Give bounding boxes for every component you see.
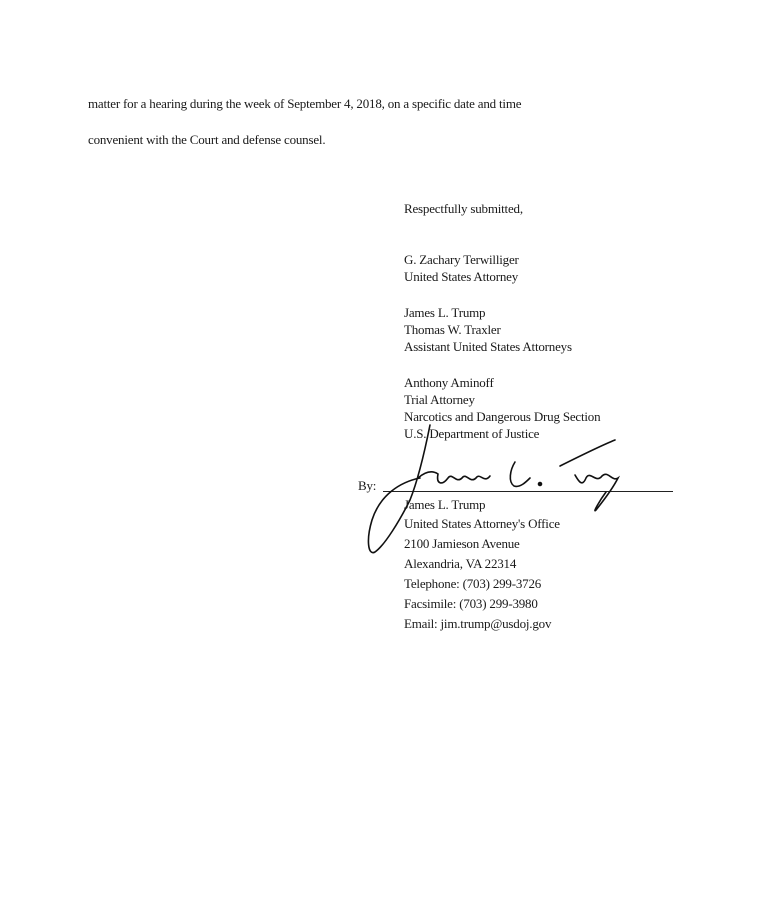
signer-title: United States Attorney [404,269,518,285]
body-text-line-1: matter for a hearing during the week of … [88,96,521,112]
signer-title: Assistant United States Attorneys [404,339,572,355]
sig-name: James L. Trump [404,497,485,513]
sig-address-2: Alexandria, VA 22314 [404,556,516,572]
sig-facsimile: Facsimile: (703) 299-3980 [404,596,538,612]
sig-office: United States Attorney's Office [404,516,560,532]
signer-section: Narcotics and Dangerous Drug Section [404,409,600,425]
closing: Respectfully submitted, [404,201,523,217]
by-label: By: [358,478,376,494]
signer-name-2: Thomas W. Traxler [404,322,501,338]
body-text-line-2: convenient with the Court and defense co… [88,132,325,148]
signer-name: James L. Trump [404,305,485,321]
signer-name: Anthony Aminoff [404,375,494,391]
sig-address-1: 2100 Jamieson Avenue [404,536,520,552]
signer-dept: U.S. Department of Justice [404,426,539,442]
sig-email[interactable]: Email: jim.trump@usdoj.gov [404,616,551,632]
signer-name: G. Zachary Terwilliger [404,252,519,268]
signature-line [383,491,673,492]
sig-telephone: Telephone: (703) 299-3726 [404,576,541,592]
signer-title: Trial Attorney [404,392,475,408]
